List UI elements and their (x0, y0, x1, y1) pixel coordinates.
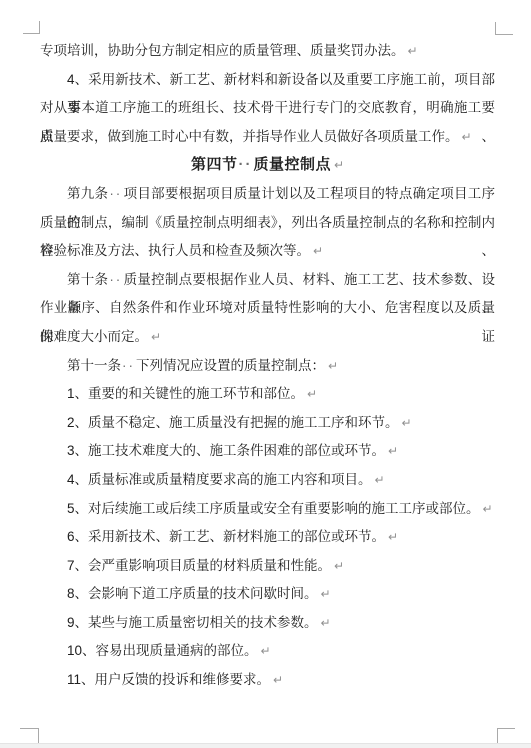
text-line[interactable]: 对从事本道工序施工的班组长、技术骨干进行专门的交底教育，明确施工要点、 (40, 94, 495, 123)
text-line[interactable]: 4、采用新技术、新工艺、新材料和新设备以及重要工序施工前，项目部要 (40, 66, 495, 95)
paragraph-mark-icon: ↵ (408, 44, 418, 58)
text-line[interactable]: 11、用户反馈的投诉和维修要求。↵ (40, 666, 495, 695)
line-text: 下列情况应设置的质量控制点： (136, 358, 325, 373)
text-line[interactable]: 质量控制点，编制《质量控制点明细表》，列出各质量控制点的名称和控制内容、 (40, 209, 495, 238)
line-text: 7、会严重影响项目质量的材料质量和性能。 (67, 558, 331, 573)
text-line[interactable]: 5、对后续施工或后续工序质量或安全有重要影响的施工工序或部位。↵ (40, 495, 495, 524)
paragraph-mark-icon: ↵ (151, 330, 161, 344)
text-line[interactable]: 3、施工技术难度大的、施工条件困难的部位或环节。↵ (40, 437, 495, 466)
text-boundary-mark-bottom-left (20, 728, 39, 744)
line-text: 质量要求，做到施工时心中有数，并指导作业人员做好各项质量工作。 (40, 129, 459, 144)
paragraph-mark-icon: ↵ (321, 587, 331, 601)
text-line[interactable]: 8、会影响下道工序质量的技术问歇时间。↵ (40, 580, 495, 609)
line-text: 3、施工技术难度大的、施工条件困难的部位或环节。 (67, 443, 385, 458)
text-boundary-mark-top-left (23, 21, 40, 34)
text-boundary-mark-top-right (495, 22, 513, 35)
space-dots: ·· (108, 272, 123, 287)
document-body[interactable]: 专项培训，协助分包方制定相应的质量管理、质量奖罚办法。↵4、采用新技术、新工艺、… (40, 37, 495, 695)
line-text: 的难度大小而定。 (40, 329, 148, 344)
paragraph-mark-icon: ↵ (321, 616, 331, 630)
line-text: 质量控制点 (253, 156, 331, 173)
text-line[interactable]: 作业顺序、自然条件和作业环境对质量特性影响的大小、危害程度以及质量保证 (40, 294, 495, 323)
paragraph-mark-icon: ↵ (462, 130, 472, 144)
paragraph-mark-icon: ↵ (483, 502, 493, 516)
paragraph-mark-icon: ↵ (307, 387, 317, 401)
paragraph-mark-icon: ↵ (334, 158, 344, 172)
line-text: 第四节 (191, 156, 238, 173)
text-line[interactable]: 9、某些与施工质量密切相关的技术参数。↵ (40, 609, 495, 638)
line-text: 6、采用新技术、新工艺、新材料施工的部位或环节。 (67, 529, 385, 544)
section-heading-line[interactable]: 第四节··质量控制点↵ (40, 151, 495, 180)
line-text: 专项培训，协助分包方制定相应的质量管理、质量奖罚办法。 (40, 43, 405, 58)
line-text: 11、用户反馈的投诉和维修要求。 (67, 672, 270, 687)
space-dots: ·· (108, 186, 123, 201)
text-line[interactable]: 质量要求，做到施工时心中有数，并指导作业人员做好各项质量工作。↵ (40, 123, 495, 152)
paragraph-mark-icon: ↵ (334, 559, 344, 573)
text-line[interactable]: 10、容易出现质量通病的部位。↵ (40, 637, 495, 666)
space-dots: ·· (237, 156, 253, 173)
text-boundary-mark-bottom-right (497, 728, 515, 744)
paragraph-mark-icon: ↵ (402, 416, 412, 430)
text-line[interactable]: 第九条··项目部要根据项目质量计划以及工程项目的特点确定项目工序的 (40, 180, 495, 209)
text-line[interactable]: 1、重要的和关键性的施工环节和部位。↵ (40, 380, 495, 409)
space-dots: ·· (121, 358, 136, 373)
text-line[interactable]: 第十一条··下列情况应设置的质量控制点：↵ (40, 352, 495, 381)
text-line[interactable]: 4、质量标准或质量精度要求高的施工内容和项目。↵ (40, 466, 495, 495)
text-line[interactable]: 专项培训，协助分包方制定相应的质量管理、质量奖罚办法。↵ (40, 37, 495, 66)
line-text: 9、某些与施工质量密切相关的技术参数。 (67, 615, 318, 630)
text-line[interactable]: 第十条··质量控制点要根据作业人员、材料、施工工艺、技术参数、设备、 (40, 266, 495, 295)
line-text: 检验标准及方法、执行人员和检查及频次等。 (40, 243, 310, 258)
paragraph-mark-icon: ↵ (313, 244, 323, 258)
line-text: 5、对后续施工或后续工序质量或安全有重要影响的施工工序或部位。 (67, 501, 480, 516)
document-page: 专项培训，协助分包方制定相应的质量管理、质量奖罚办法。↵4、采用新技术、新工艺、… (0, 0, 531, 748)
line-text: 10、容易出现质量通病的部位。 (67, 643, 258, 658)
paragraph-mark-icon: ↵ (375, 473, 385, 487)
paragraph-mark-icon: ↵ (328, 359, 338, 373)
line-text: 8、会影响下道工序质量的技术问歇时间。 (67, 586, 318, 601)
text-line[interactable]: 7、会严重影响项目质量的材料质量和性能。↵ (40, 552, 495, 581)
line-text: 4、质量标准或质量精度要求高的施工内容和项目。 (67, 472, 372, 487)
page-bottom-edge (0, 743, 531, 748)
line-text: 1、重要的和关键性的施工环节和部位。 (67, 386, 304, 401)
line-text: 第十一条 (67, 358, 121, 373)
line-text: 2、质量不稳定、施工质量没有把握的施工工序和环节。 (67, 415, 399, 430)
paragraph-mark-icon: ↵ (273, 673, 283, 687)
paragraph-mark-icon: ↵ (261, 644, 271, 658)
text-line[interactable]: 6、采用新技术、新工艺、新材料施工的部位或环节。↵ (40, 523, 495, 552)
paragraph-mark-icon: ↵ (388, 530, 398, 544)
line-text: 第九条 (67, 186, 108, 201)
text-line[interactable]: 2、质量不稳定、施工质量没有把握的施工工序和环节。↵ (40, 409, 495, 438)
paragraph-mark-icon: ↵ (388, 444, 398, 458)
line-text: 第十条 (67, 272, 108, 287)
